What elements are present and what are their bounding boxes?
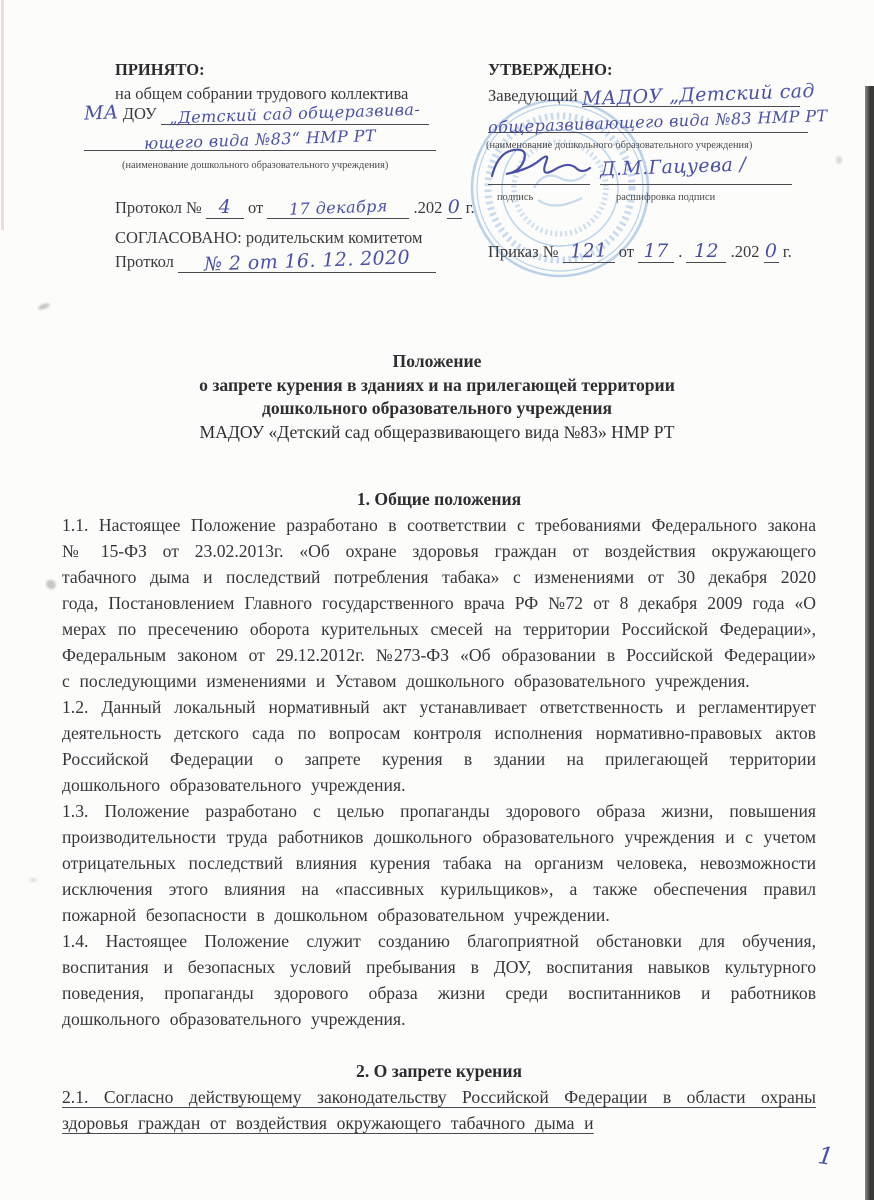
accepted-label: ПРИНЯТО: (115, 60, 205, 80)
order-number-hand: 121 (570, 239, 608, 262)
signature-underline-1 (488, 170, 590, 190)
scan-edge-strip (865, 86, 874, 1200)
approved-label: УТВЕРЖДЕНО: (488, 60, 612, 80)
order-month-hand: 12 (694, 240, 719, 262)
institution-hand-2: ющего вида №83“ НМР РТ (144, 126, 376, 153)
head-institution-hand-2: общеразвивающего вида №83 НМР РТ (488, 106, 828, 137)
section-1-heading: 1. Общие положения (62, 486, 816, 512)
document-title: Положение о запрете курения в зданиях и … (0, 350, 874, 444)
order-month-blank: 12 (686, 240, 726, 263)
head-label: Заведующий (488, 86, 578, 105)
scan-smudge (30, 878, 37, 882)
institution-hand-1: „Детский сад общеразвива- (169, 100, 421, 128)
year-suffix: г. (466, 198, 475, 217)
signature-underline-2 (600, 170, 792, 190)
year-printed: .202 (414, 198, 443, 217)
head-institution-blank-2: общеразвивающего вида №83 НМР РТ (488, 112, 808, 133)
protocol-line: Протокол № 4 от 17 декабря .202 0 г. (115, 196, 475, 219)
document-body: 1. Общие положения 1.1. Настоящее Положе… (62, 486, 816, 1136)
page-number-handwritten: 1 (816, 1141, 835, 1171)
paragraph-2-1: 2.1. Согласно действующему законодательс… (62, 1084, 816, 1136)
title-line-3: дошкольного образовательного учреждения (0, 397, 874, 421)
protkol-blank: № 2 от 16. 12. 2020 (178, 250, 436, 273)
order-line: Приказ № 121 от 17 . 12 .202 0 г. (488, 240, 792, 263)
institution-caption-left: (наименование дошкольного образовательно… (122, 160, 388, 171)
year-digit-hand: 0 (448, 196, 461, 218)
dot: . (678, 242, 682, 261)
protocol-number-blank: 4 (206, 196, 244, 219)
paragraph-1-4: 1.4. Настоящее Положение служит созданию… (62, 928, 816, 1032)
protocol-number-hand: 4 (219, 196, 232, 218)
protocol-date-blank: 17 декабря (267, 198, 409, 219)
protocol-label: Протокол № (115, 198, 202, 217)
order-day-hand: 17 (644, 240, 669, 262)
head-line: Заведующий МАДОУ „Детский сад (488, 84, 800, 107)
protocol-date-hand: 17 декабря (289, 196, 388, 218)
protkol-label: Проткол (115, 252, 174, 271)
protkol-hand: № 2 от 16. 12. 2020 (204, 246, 411, 275)
paragraph-1-3: 1.3. Положение разработано с целью пропа… (62, 798, 816, 928)
scan-smudge (38, 302, 51, 311)
from-label: от (619, 242, 634, 261)
name-caption: расшифровка подписи (616, 192, 715, 203)
scan-edge-line (1, 0, 4, 230)
signature-caption: подпись (497, 192, 533, 203)
order-number-blank: 121 (563, 240, 615, 263)
scanned-document-page: ПРИНЯТО: на общем собрании трудового кол… (0, 0, 874, 1200)
year-digit-hand: 0 (765, 240, 778, 262)
section-2-heading: 2. О запрете курения (62, 1058, 816, 1084)
institution-line-2: ющего вида №83“ НМР РТ (84, 130, 436, 151)
institution-blank-1: „Детский сад общеразвива- (161, 104, 429, 125)
protkol-line: Проткол № 2 от 16. 12. 2020 (115, 250, 436, 273)
title-line-4: МАДОУ «Детский сад общеразвивающего вида… (0, 421, 874, 445)
institution-hand-prefix: МА (84, 101, 119, 124)
title-line-2: о запрете курения в зданиях и на прилега… (0, 374, 874, 398)
paragraph-1-1: 1.1. Настоящее Положение разработано в с… (62, 512, 816, 694)
year-digit-blank: 0 (764, 240, 779, 263)
title-line-1: Положение (0, 350, 874, 374)
order-day-blank: 17 (638, 240, 674, 263)
year-printed: .202 (731, 242, 760, 261)
agreed-line: СОГЛАСОВАНО: родительским комитетом (115, 228, 422, 248)
scan-smudge (836, 156, 842, 164)
institution-line-1: МА ДОУ „Детский сад общеразвива- (84, 102, 429, 125)
order-label: Приказ № (488, 242, 558, 261)
from-label: от (248, 198, 263, 217)
head-blank: МАДОУ „Детский сад (582, 84, 800, 107)
head-institution-line-2: общеразвивающего вида №83 НМР РТ (488, 112, 808, 133)
dou-label: ДОУ (123, 104, 157, 123)
head-institution-hand-1: МАДОУ „Детский сад (582, 80, 816, 110)
institution-blank-2: ющего вида №83“ НМР РТ (84, 130, 436, 151)
paragraph-1-2: 1.2. Данный локальный нормативный акт ус… (62, 694, 816, 798)
year-suffix: г. (783, 242, 792, 261)
year-digit-blank: 0 (447, 196, 462, 219)
scan-smudge (44, 578, 57, 591)
